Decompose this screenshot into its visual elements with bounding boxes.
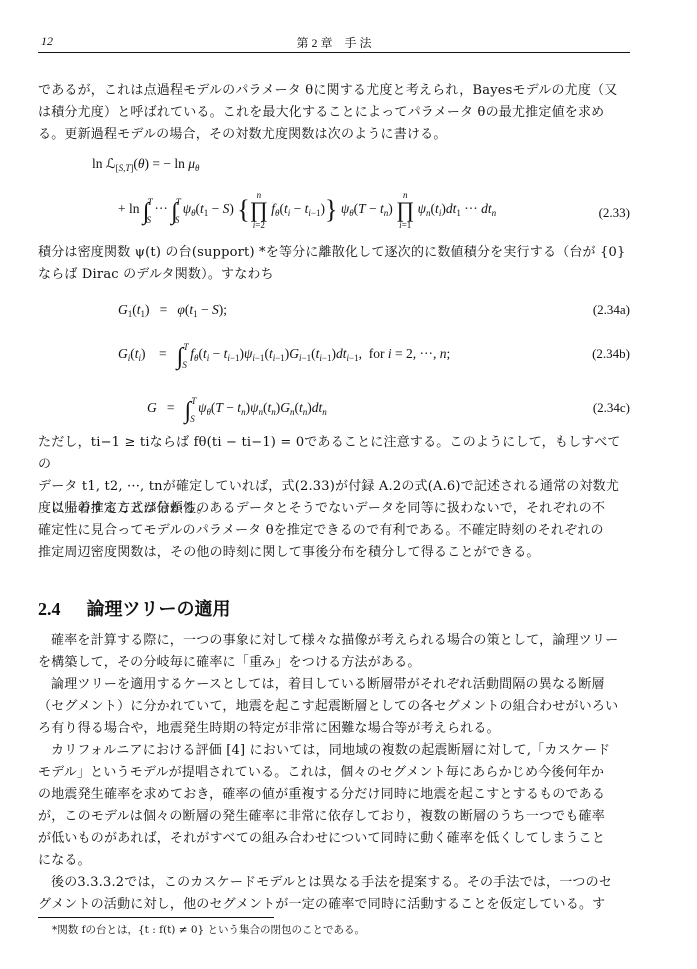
- text-line: 積分は密度関数 ψ(t) の台(support) *を等分に離散化して逐次的に数…: [38, 242, 630, 264]
- equation-number: (2.34b): [592, 346, 630, 362]
- text-line: 後の3.3.3.2では，このカスケードモデルとは異なる手法を提案する。その手法で…: [38, 872, 630, 894]
- equation-2-34c: G = ∫TS ψθ(T − tn)ψn(tn)Gn(tn)dtn: [147, 396, 327, 425]
- text-line: を構築して，その分岐毎に確率に「重み」をつける方法がある。: [38, 652, 630, 674]
- text-line: ろ有り得る場合や，地震発生時期の特定が非常に困難な場合等が考えられる。: [38, 718, 630, 740]
- text-line: ただし，ti−1 ≥ tiならば fθ(ti − ti−1) = 0であることに…: [38, 432, 630, 476]
- equation-number: (2.33): [599, 205, 630, 221]
- footnote: *関数 fの台とは，{t : f(t) ≠ 0} という集合の閉包のことである。: [52, 922, 365, 937]
- text-line: 以上の推定方式は信頼性のあるデータとそうでないデータを同等に扱わないで，それぞれ…: [38, 498, 630, 520]
- paragraph-logic-tree-cases: 論理ツリーを適用するケースとしては，着目している断層帯がそれぞれ活動間隔の異なる…: [38, 674, 630, 740]
- paragraph-cascade-model: カリフォルニアにおける評価 [4] においては，同地域の複数の起震断層に対して,…: [38, 740, 630, 872]
- text-line: になる。: [38, 850, 630, 872]
- text-line: （セグメント）に分かれていて，地震を起こす起震断層としての各セグメントの組合わせ…: [38, 696, 630, 718]
- text-line: モデル」というモデルが提唱されている。これは，個々のセグメント毎にあらかじめ今後…: [38, 762, 630, 784]
- text-line: であるが，これは点過程モデルのパラメータ θに関する尤度と考えられ，Bayesモ…: [38, 80, 630, 102]
- text-line: が低いものがあれば，それがすべての組み合わせについて同時に動く確率を低くしてしま…: [38, 828, 630, 850]
- text-line: カリフォルニアにおける評価 [4] においては，同地域の複数の起震断層に対して,…: [38, 740, 630, 762]
- text-line: 論理ツリーを適用するケースとしては，着目している断層帯がそれぞれ活動間隔の異なる…: [38, 674, 630, 696]
- text-line: は積分尤度）と呼ばれている。これを最大化することによってパラメータ θの最尤推定…: [38, 102, 630, 124]
- footnote-rule: [38, 917, 274, 918]
- equation-number: (2.34c): [593, 400, 630, 416]
- section-number: 2.4: [38, 599, 61, 619]
- text-line: 確定性に見合ってモデルのパラメータ θを推定できるので有利である。不確定時刻のそ…: [38, 520, 630, 542]
- paragraph-integration: 積分は密度関数 ψ(t) の台(support) *を等分に離散化して逐次的に数…: [38, 242, 630, 286]
- paragraph-logic-tree-intro: 確率を計算する際に，一つの事象に対して様々な描像が考えられる場合の策として，論理…: [38, 630, 630, 674]
- text-line: の地震発生確率を求めておき，確率の値が重複する分だけ同時に地震を起こすとするもの…: [38, 784, 630, 806]
- text-line: る。更新過程モデルの場合，その対数尤度関数は次のように書ける。: [38, 124, 630, 146]
- section-heading: 2.4論理ツリーの適用: [38, 595, 231, 621]
- document-page: 12 第 2 章 手 法 であるが，これは点過程モデルのパラメータ θに関する尤…: [0, 0, 697, 969]
- running-header: 12 第 2 章 手 法: [38, 34, 630, 53]
- paragraph-likelihood: であるが，これは点過程モデルのパラメータ θに関する尤度と考えられ，Bayesモ…: [38, 80, 630, 146]
- equation-2-34a: G1(t1) = φ(t1 − S);: [118, 302, 227, 319]
- text-line: グメントの活動に対し，他のセグメントが一定の確率で同時に活動することを仮定してい…: [38, 894, 630, 916]
- text-line: ならば Dirac のデルタ関数）。すなわち: [38, 264, 630, 286]
- equation-2-33-line1: ln ℒ[S,T](θ) = − ln μθ: [92, 156, 199, 173]
- text-line: が，このモデルは個々の断層の発生確率に非常に依存しており，複数の断層のうち一つで…: [38, 806, 630, 828]
- equation-number: (2.34a): [593, 302, 630, 318]
- paragraph-proposed-method: 後の3.3.3.2では，このカスケードモデルとは異なる手法を提案する。その手法で…: [38, 872, 630, 916]
- text-line: 推定周辺密度関数は，その他の時刻に関して事後分布を積分して得ることができる。: [38, 542, 630, 564]
- section-title: 論理ツリーの適用: [87, 599, 231, 620]
- text-line: 確率を計算する際に，一つの事象に対して様々な描像が考えられる場合の策として，論理…: [38, 630, 630, 652]
- equation-2-33-line2: + ln ∫TS ··· ∫TS ψθ(t1 − S) {n∏i=2 fθ(ti…: [118, 190, 496, 230]
- text-line: データ t1, t2, ···, tnが確定していれば，式(2.33)が付録 A…: [38, 476, 630, 498]
- chapter-title: 第 2 章 手 法: [38, 34, 630, 51]
- paragraph-advantage: 以上の推定方式は信頼性のあるデータとそうでないデータを同等に扱わないで，それぞれ…: [38, 498, 630, 564]
- equation-2-34b: Gi(ti) = ∫TS fθ(ti − ti−1)ψi−1(ti−1)Gi−1…: [118, 342, 450, 371]
